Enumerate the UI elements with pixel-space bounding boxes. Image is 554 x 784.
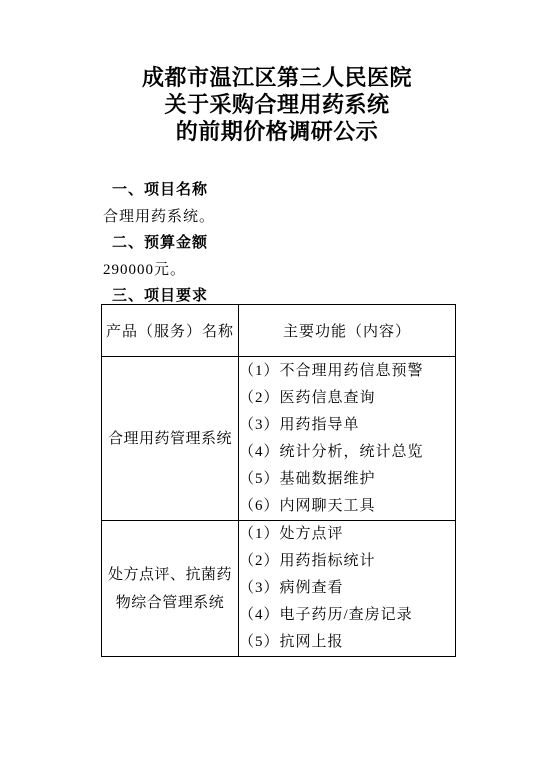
function-item: （4）统计分析，统计总览: [239, 439, 455, 466]
functions-cell: （1）处方点评 （2）用药指标统计 （3）病例查看 （4）电子药历/查房记录 （…: [239, 521, 456, 657]
function-item: （1）处方点评: [239, 521, 455, 548]
section-2-body: 290000元。: [103, 257, 215, 284]
table-header-main-functions: 主要功能（内容）: [239, 305, 456, 357]
function-item: （2）用药指标统计: [239, 548, 455, 575]
function-item: （5）抗网上报: [239, 629, 455, 656]
document-title: 成都市温江区第三人民医院 关于采购合理用药系统 的前期价格调研公示: [0, 64, 554, 145]
function-item: （6）内网聊天工具: [239, 493, 455, 520]
document-body: 一、项目名称 合理用药系统。 二、预算金额 290000元。 三、项目要求: [103, 177, 215, 310]
section-1-body: 合理用药系统。: [103, 204, 215, 231]
document-page: 成都市温江区第三人民医院 关于采购合理用药系统 的前期价格调研公示 一、项目名称…: [0, 0, 554, 784]
function-item: （4）电子药历/查房记录: [239, 602, 455, 629]
table-header-row: 产品（服务）名称 主要功能（内容）: [102, 305, 456, 357]
title-line-1: 成都市温江区第三人民医院: [0, 64, 554, 91]
function-item: （1）不合理用药信息预警: [239, 358, 455, 385]
function-item: （3）用药指导单: [239, 412, 455, 439]
title-line-3: 的前期价格调研公示: [0, 118, 554, 145]
table-header-product-name: 产品（服务）名称: [102, 305, 239, 357]
section-1-heading: 一、项目名称: [103, 177, 215, 204]
section-2-heading: 二、预算金额: [103, 230, 215, 257]
function-item: （5）基础数据维护: [239, 466, 455, 493]
title-line-2: 关于采购合理用药系统: [0, 91, 554, 118]
product-name-cell: 合理用药管理系统: [102, 357, 239, 521]
function-item: （2）医药信息查询: [239, 385, 455, 412]
table-row-rational-drug-system: 合理用药管理系统 （1）不合理用药信息预警 （2）医药信息查询 （3）用药指导单…: [102, 357, 456, 521]
product-name-cell: 处方点评、抗菌药物综合管理系统: [102, 521, 239, 657]
requirements-table: 产品（服务）名称 主要功能（内容） 合理用药管理系统 （1）不合理用药信息预警 …: [101, 304, 456, 657]
table-row-prescription-review-system: 处方点评、抗菌药物综合管理系统 （1）处方点评 （2）用药指标统计 （3）病例查…: [102, 521, 456, 657]
functions-cell: （1）不合理用药信息预警 （2）医药信息查询 （3）用药指导单 （4）统计分析，…: [239, 357, 456, 521]
function-item: （3）病例查看: [239, 575, 455, 602]
